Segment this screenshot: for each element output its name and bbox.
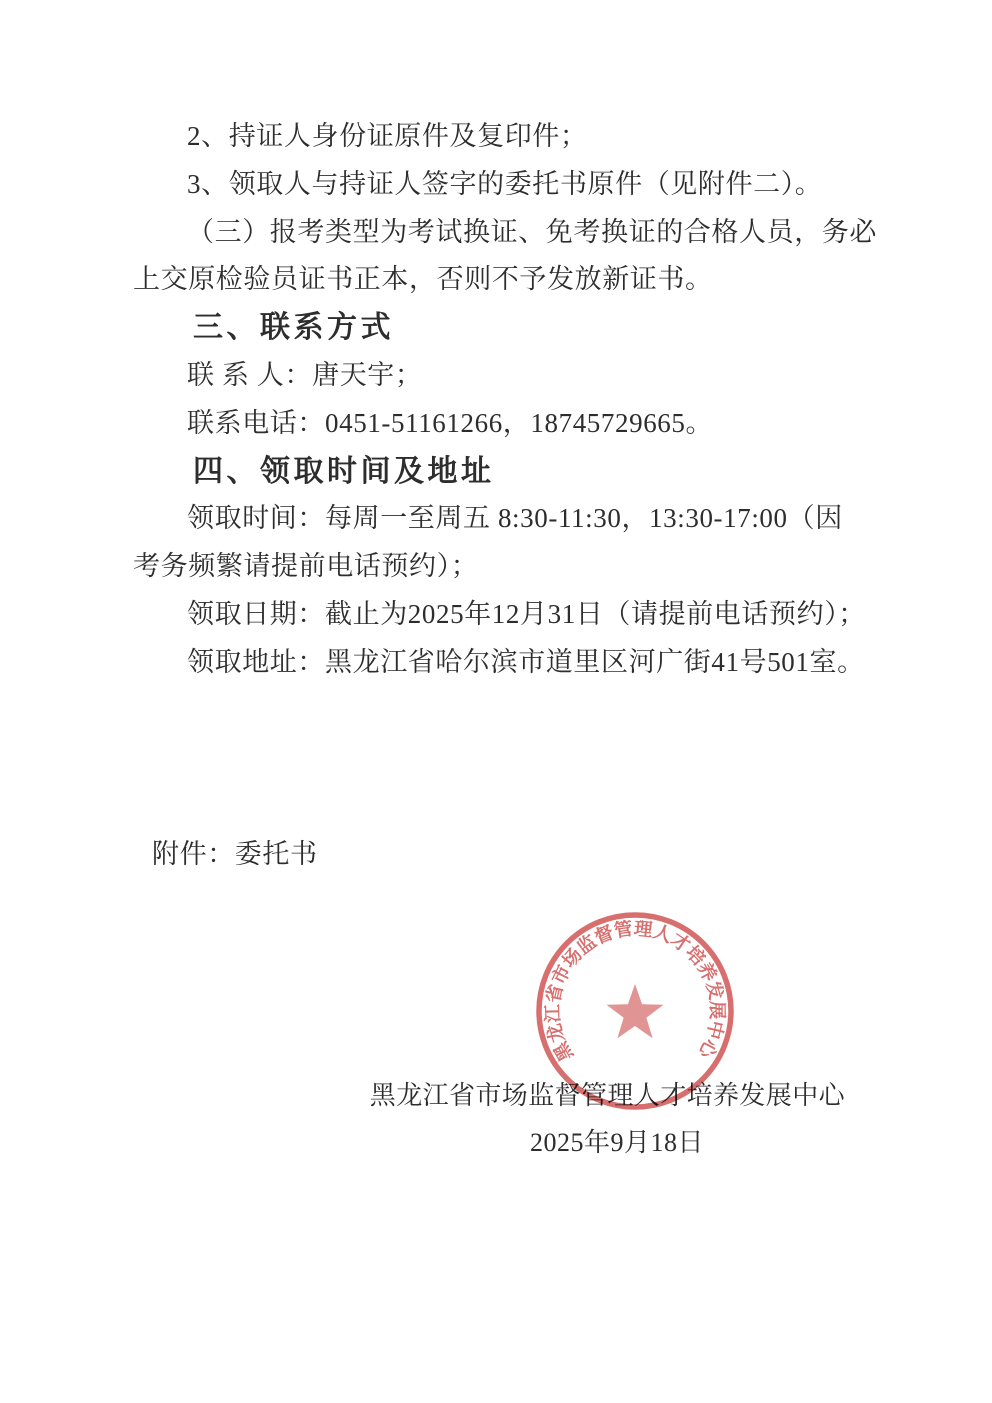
text-line: 考务频繁请提前电话预约）； [133, 543, 845, 591]
paragraph: 领取日期：截止为2025年12月31日（请提前电话预约）； [133, 591, 845, 639]
text-line: 领取地址：黑龙江省哈尔滨市道里区河广街41号501室。 [133, 639, 845, 687]
paragraph: 领取时间：每周一至周五 8:30-11:30，13:30-17:00（因考务频繁… [133, 495, 845, 591]
text-line: 联系电话：0451-51161266，18745729665。 [133, 400, 845, 448]
document-page: 2、持证人身份证原件及复印件；3、领取人与持证人签字的委托书原件（见附件二）。（… [0, 0, 992, 1403]
stamp-star-icon [607, 984, 664, 1038]
section-heading: 三、联系方式 [133, 304, 845, 352]
text-line: 四、领取时间及地址 [133, 448, 845, 496]
text-line: 3、领取人与持证人签字的委托书原件（见附件二）。 [133, 161, 845, 209]
svg-text:黑龙江省市场监督管理人才培养发展中心: 黑龙江省市场监督管理人才培养发展中心 [542, 918, 727, 1065]
attachment-line: 附件：委托书 [152, 831, 845, 879]
paragraph: 2、持证人身份证原件及复印件； [133, 113, 845, 161]
official-stamp-icon: 黑龙江省市场监督管理人才培养发展中心 [534, 910, 736, 1112]
paragraph: 领取地址：黑龙江省哈尔滨市道里区河广街41号501室。 [133, 639, 845, 687]
paragraph: 3、领取人与持证人签字的委托书原件（见附件二）。 [133, 161, 845, 209]
stamp-ring [539, 915, 731, 1107]
paragraph: 联系电话：0451-51161266，18745729665。 [133, 400, 845, 448]
text-line: 上交原检验员证书正本，否则不予发放新证书。 [133, 256, 845, 304]
signature-date: 2025年9月18日 [133, 1119, 845, 1167]
text-line: 联 系 人：唐天宇； [133, 352, 845, 400]
text-line: 领取时间：每周一至周五 8:30-11:30，13:30-17:00（因 [133, 495, 845, 543]
text-line: 2、持证人身份证原件及复印件； [133, 113, 845, 161]
text-line: 领取日期：截止为2025年12月31日（请提前电话预约）； [133, 591, 845, 639]
document-body: 2、持证人身份证原件及复印件；3、领取人与持证人签字的委托书原件（见附件二）。（… [133, 113, 845, 687]
section-heading: 四、领取时间及地址 [133, 448, 845, 496]
paragraph: （三）报考类型为考试换证、免考换证的合格人员，务必上交原检验员证书正本，否则不予… [133, 209, 845, 305]
text-line: 三、联系方式 [133, 304, 845, 352]
paragraph: 联 系 人：唐天宇； [133, 352, 845, 400]
text-line: （三）报考类型为考试换证、免考换证的合格人员，务必 [133, 209, 845, 257]
signature-org: 黑龙江省市场监督管理人才培养发展中心 [133, 1072, 845, 1120]
stamp-arc-text: 黑龙江省市场监督管理人才培养发展中心 [542, 918, 727, 1065]
